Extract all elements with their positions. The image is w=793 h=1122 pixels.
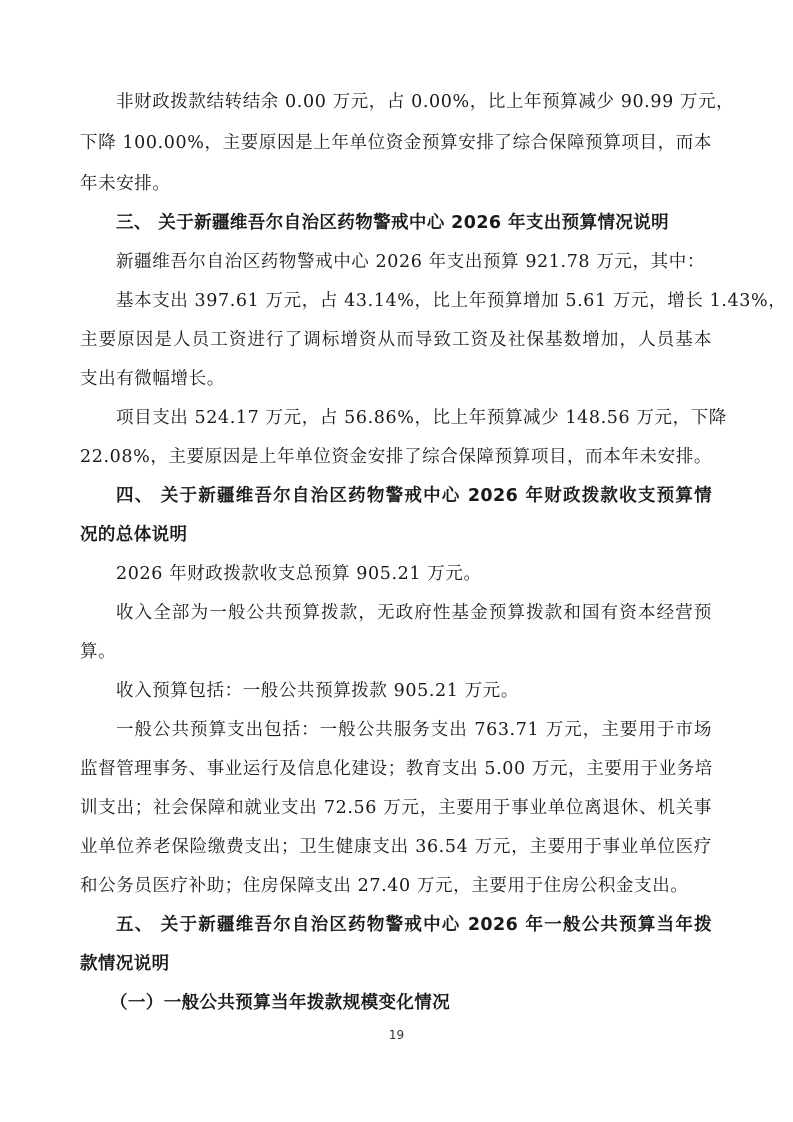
- section-heading-5: 五、 关于新疆维吾尔自治区药物警戒中心 2026 年一般公共预算当年拨: [116, 915, 712, 935]
- paragraph-line: 和公务员医疗补助；住房保障支出 27.40 万元，主要用于住房公积金支出。: [80, 876, 712, 896]
- paragraph-line: 项目支出 524.17 万元，占 56.86%，比上年预算减少 148.56 万…: [116, 408, 712, 428]
- subsection-heading: （一）一般公共预算当年拨款规模变化情况: [110, 993, 742, 1013]
- page-number: 19: [0, 1028, 793, 1042]
- paragraph-line: 年未安排。: [80, 174, 712, 194]
- paragraph-line: 主要原因是人员工资进行了调标增资从而导致工资及社保基数增加，人员基本: [80, 330, 712, 350]
- section-heading-4-cont: 况的总体说明: [80, 525, 712, 545]
- paragraph-line: 收入预算包括：一般公共预算拨款 905.21 万元。: [116, 681, 712, 701]
- paragraph-line: 非财政拨款结转结余 0.00 万元，占 0.00%，比上年预算减少 90.99 …: [116, 92, 712, 112]
- paragraph-line: 收入全部为一般公共预算拨款，无政府性基金预算拨款和国有资本经营预: [116, 603, 712, 623]
- paragraph-line: 算。: [80, 642, 712, 662]
- section-heading-5-cont: 款情况说明: [80, 954, 712, 974]
- document-page: 非财政拨款结转结余 0.00 万元，占 0.00%，比上年预算减少 90.99 …: [0, 0, 793, 1122]
- paragraph-line: 22.08%，主要原因是上年单位资金安排了综合保障预算项目，而本年未安排。: [80, 447, 712, 467]
- section-heading-4: 四、 关于新疆维吾尔自治区药物警戒中心 2026 年财政拨款收支预算情: [116, 486, 712, 506]
- paragraph-line: 一般公共预算支出包括：一般公共服务支出 763.71 万元，主要用于市场: [116, 720, 712, 740]
- paragraph-line: 支出有微幅增长。: [80, 369, 712, 389]
- paragraph-line: 下降 100.00%，主要原因是上年单位资金预算安排了综合保障预算项目，而本: [80, 133, 712, 153]
- paragraph-line: 训支出；社会保障和就业支出 72.56 万元，主要用于事业单位离退休、机关事: [80, 798, 712, 818]
- paragraph-line: 监督管理事务、事业运行及信息化建设；教育支出 5.00 万元，主要用于业务培: [80, 759, 712, 779]
- paragraph-line: 基本支出 397.61 万元，占 43.14%，比上年预算增加 5.61 万元，…: [116, 291, 712, 311]
- paragraph-line: 业单位养老保险缴费支出；卫生健康支出 36.54 万元，主要用于事业单位医疗: [80, 837, 712, 857]
- paragraph-line: 2026 年财政拨款收支总预算 905.21 万元。: [116, 564, 712, 584]
- paragraph-line: 新疆维吾尔自治区药物警戒中心 2026 年支出预算 921.78 万元，其中：: [116, 252, 712, 272]
- section-heading-3: 三、 关于新疆维吾尔自治区药物警戒中心 2026 年支出预算情况说明: [116, 213, 712, 233]
